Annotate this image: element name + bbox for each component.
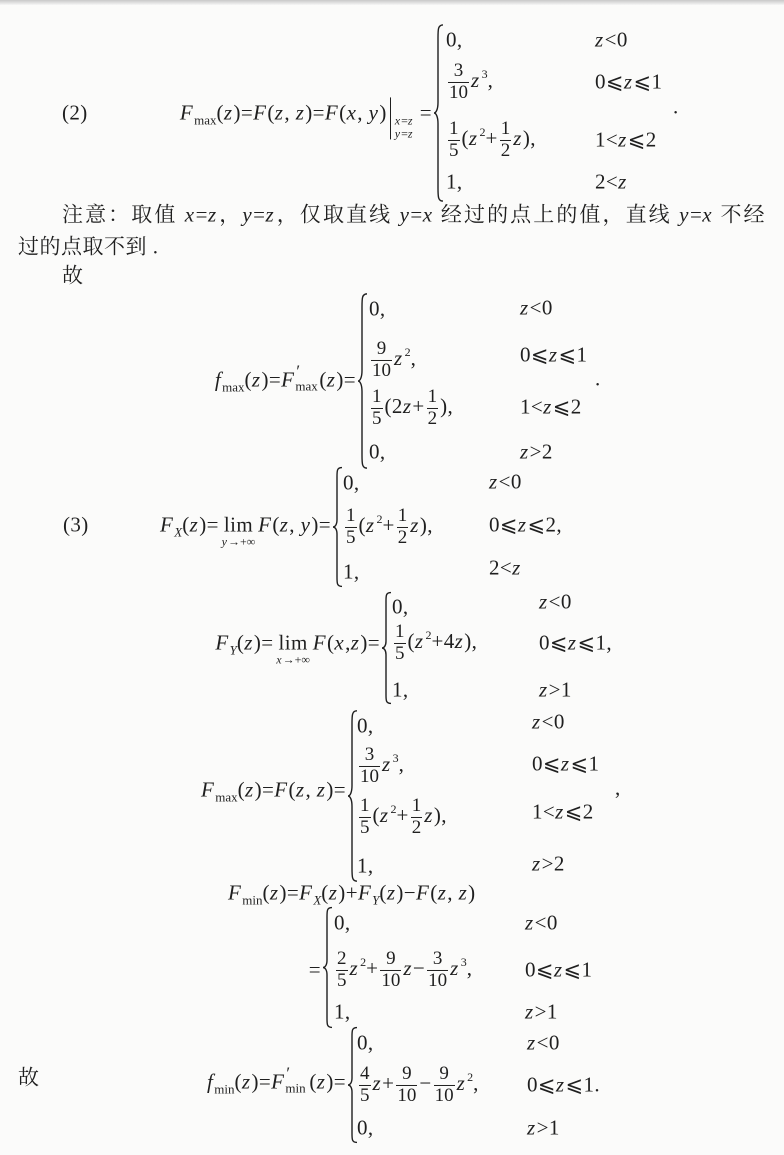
subscript: X (313, 892, 321, 907)
equation-text: F(z, y)= (258, 512, 331, 536)
denominator: 5 (345, 527, 357, 549)
denominator: 5 (336, 970, 348, 992)
equation-text: (z)=F (244, 367, 295, 391)
exponent: 2 (390, 802, 396, 816)
punctuation: , (488, 68, 494, 92)
function-symbol: F (201, 777, 215, 801)
fraction: 910 (434, 1064, 455, 1106)
therefore-label: 故 (18, 1065, 40, 1090)
operator: + (396, 803, 408, 827)
exponent: 2 (425, 628, 431, 642)
case-expression: 15(z2+4z), (392, 622, 477, 664)
math-variable: z (408, 126, 414, 140)
note-line-1: 注意：取值 x=z，y=z，仅取直线 y=x 经过的点上的值，直线 y=x 不经 (62, 202, 765, 227)
math-variable: y (222, 535, 228, 549)
case-condition: 1<z⩽2 (595, 127, 657, 152)
case-expression: 1, (446, 169, 463, 194)
exponent: 3 (482, 67, 488, 81)
equation-lhs: fmax(z)=F′max(z)= (215, 367, 356, 392)
math-variable: z (618, 127, 628, 151)
left-brace-icon (433, 24, 445, 202)
case-condition: z<0 (525, 910, 558, 935)
math-variable: z (366, 513, 376, 537)
case-expression: 0, (357, 1030, 374, 1055)
exponent: 2 (479, 125, 485, 139)
math-variable: z (512, 555, 522, 579)
fraction: 15 (448, 119, 460, 161)
case-condition: 2<z (595, 169, 628, 194)
math-variable: F (160, 512, 174, 536)
equation-text: (z)= (319, 367, 356, 391)
equation-text: (z)=F(z, z)= (238, 777, 346, 801)
math-variable: z (532, 851, 542, 875)
limit-operator: limx→+∞ (279, 630, 308, 655)
math-variable: z (403, 394, 413, 418)
equation-text: (z)=F (262, 880, 313, 904)
case-expression: 0, (334, 910, 351, 935)
expression-text: z), (424, 803, 447, 827)
math-variable: F (313, 630, 327, 654)
case-condition: z<0 (489, 469, 522, 494)
math-variable: z (469, 126, 479, 150)
denominator: 10 (396, 1085, 417, 1107)
numerator: 9 (385, 949, 397, 970)
math-variable: z (317, 777, 327, 801)
math-variable: z (415, 629, 425, 653)
math-variable: z (380, 803, 390, 827)
math-variable: y (679, 202, 690, 226)
numerator: 4 (359, 1064, 371, 1085)
expression-text: (z (359, 513, 376, 537)
case-expression: 0, (343, 470, 360, 495)
math-variable: x (347, 100, 358, 124)
fraction: 12 (427, 387, 439, 429)
note-math: y=z (242, 202, 275, 226)
case-condition: 0⩽z⩽1 (532, 751, 599, 776)
case-condition: z>1 (525, 999, 558, 1024)
case-condition: z>2 (520, 439, 553, 464)
case-expression: 15(z2+12z), (357, 796, 447, 838)
math-variable: z (457, 1071, 467, 1095)
punctuation: , (399, 752, 405, 776)
numerator: 1 (500, 119, 512, 140)
textbook-page: (2) Fmax(z)=F(z, z)=F(x, y)x=zy=z= 0, 31… (0, 0, 784, 1155)
therefore-label: 故 (62, 263, 84, 288)
subscript: Y (372, 892, 379, 907)
fraction: 910 (396, 1064, 417, 1106)
numerator: 1 (359, 796, 371, 817)
end-punctuation: , (615, 775, 621, 800)
math-variable: z (539, 677, 549, 701)
math-variable: z (190, 512, 200, 536)
math-variable: z (296, 100, 306, 124)
denominator: 2 (397, 527, 409, 549)
note-text: ，仅取直线 (275, 202, 399, 226)
numerator: 2 (336, 949, 348, 970)
lim-text: lim (224, 512, 253, 536)
math-variable: F (325, 100, 339, 124)
subscript: min (242, 892, 262, 907)
math-variable: z (520, 295, 530, 319)
case-condition: z>1 (527, 1115, 560, 1140)
numerator: 1 (448, 119, 460, 140)
scan-top-edge (0, 0, 784, 5)
expression-text: (z (462, 126, 479, 150)
equals-sign: = (420, 100, 432, 124)
math-variable: F (258, 512, 272, 536)
math-variable: x (185, 202, 196, 226)
denominator: 5 (394, 643, 406, 665)
math-variable: z (595, 27, 605, 51)
exponent: 2 (405, 345, 411, 359)
denominator: 10 (427, 970, 448, 992)
denominator: 10 (434, 1085, 455, 1107)
math-variable: z (252, 367, 262, 391)
math-variable: z (450, 956, 460, 980)
exponent: 2 (360, 955, 366, 969)
math-variable: z (489, 469, 499, 493)
math-variable: z (624, 69, 634, 93)
math-variable: z (424, 803, 434, 827)
denominator: 10 (380, 970, 401, 992)
math-variable: z (408, 113, 414, 127)
numerator: 1 (371, 387, 383, 408)
math-variable: F (201, 777, 215, 801)
fraction: 45 (359, 1064, 371, 1106)
denominator: 2 (427, 408, 439, 430)
math-variable: F (180, 100, 194, 124)
math-variable: y (400, 202, 411, 226)
denominator: 10 (371, 360, 392, 382)
equation-lhs: FY(z)=limx→+∞F(x,z)= (215, 630, 380, 655)
case-expression: 310z3, (446, 61, 493, 103)
math-variable: z (280, 512, 290, 536)
expression-text: (2z+ (385, 394, 425, 418)
variable: z (382, 752, 392, 776)
expression-text: z− (403, 956, 425, 980)
fraction: 25 (336, 949, 348, 991)
note-text: 注意：取值 (62, 202, 185, 226)
case-condition: 0⩽z⩽1, (539, 630, 612, 655)
numerator: 1 (427, 387, 439, 408)
case-expression: 0, (369, 296, 386, 321)
variable: z (350, 956, 360, 980)
variable: z (394, 346, 404, 370)
case-condition: z<0 (595, 27, 628, 52)
prime-subscript: ′max (295, 368, 319, 387)
math-variable: x (395, 113, 401, 127)
case-condition: 0⩽z⩽2, (489, 512, 562, 537)
case-expression: 1, (357, 853, 374, 878)
math-variable: z (327, 367, 337, 391)
math-variable: z (518, 512, 528, 536)
math-variable: y (395, 126, 401, 140)
fraction: 15 (394, 622, 406, 664)
operator: − (419, 1071, 431, 1095)
fraction: 310 (427, 949, 448, 991)
math-variable: z (525, 910, 535, 934)
left-brace-icon (357, 293, 369, 469)
math-variable: F (253, 100, 267, 124)
fraction: 910 (371, 339, 392, 381)
math-variable: z (438, 880, 448, 904)
limit-underscript: x→+∞ (276, 653, 310, 667)
denominator: 5 (371, 408, 383, 430)
case-expression: 1, (334, 999, 351, 1024)
left-brace-icon (322, 907, 334, 1028)
math-variable: z (351, 630, 361, 654)
exponent: 2 (467, 1070, 473, 1084)
numerator: 9 (376, 339, 388, 360)
subscript: max (215, 789, 237, 804)
subscript: min (285, 1081, 305, 1097)
numerator: 3 (432, 949, 444, 970)
equation-text: (z)= (182, 512, 219, 536)
math-variable: z (561, 751, 571, 775)
case-expression: 1, (392, 677, 409, 702)
case-expression: 15(z2+12z), (446, 119, 536, 161)
case-expression: 25z2+910z−310z3, (334, 949, 472, 991)
math-variable: z (296, 777, 306, 801)
lim-text: lim (279, 630, 308, 654)
expression-text: ), (440, 394, 453, 418)
math-variable: F (358, 880, 372, 904)
math-variable: z (549, 342, 559, 366)
denominator: 10 (448, 82, 469, 104)
expression-text: z+ (373, 1071, 395, 1095)
subscript: min (214, 1081, 234, 1096)
subscript: X (174, 524, 182, 539)
case-expression: 1, (343, 559, 360, 584)
equation-lhs: FX(z)=limy→+∞F(z, y)= (160, 512, 331, 537)
numerator: 9 (438, 1064, 450, 1085)
numerator: 3 (364, 745, 376, 766)
eval-condition-y: y=z (395, 126, 414, 140)
numerator: 1 (397, 506, 409, 527)
math-variable: z (244, 630, 254, 654)
evaluation-bar: x=zy=z (390, 118, 420, 119)
math-variable: z (459, 880, 469, 904)
exponent: 2 (376, 512, 382, 526)
fraction: 910 (380, 949, 401, 991)
equation-lhs: fmin(z)=F′min(z)= (207, 1069, 346, 1094)
denominator: 2 (500, 140, 512, 162)
prime-subscript: ′min (285, 1070, 309, 1089)
math-variable: z (329, 880, 339, 904)
punctuation: , (473, 1071, 479, 1095)
equals-sign: = (309, 957, 321, 982)
note-math: y=x (400, 202, 434, 226)
equation-text: (z)= (237, 630, 274, 654)
math-variable: z (554, 957, 564, 981)
math-variable: z (394, 346, 404, 370)
exponent: 3 (393, 751, 399, 765)
math-variable: z (555, 799, 565, 823)
variable: z (457, 1071, 467, 1095)
math-variable: z (317, 1069, 327, 1093)
math-variable: y (301, 512, 312, 536)
case-condition: z>1 (539, 677, 572, 702)
case-expression: 15(z2+12z), (343, 506, 433, 548)
math-variable: z (618, 169, 628, 193)
math-variable: F (215, 630, 229, 654)
case-condition: 0⩽z⩽1 (525, 957, 592, 982)
case-condition: z<0 (539, 589, 572, 614)
case-condition: z<0 (527, 1030, 560, 1055)
expression-text: (z (373, 803, 390, 827)
fraction: 15 (359, 796, 371, 838)
case-expression: 0, (369, 439, 386, 464)
note-text: ， (218, 202, 243, 226)
case-condition: z>2 (532, 851, 565, 876)
math-variable: z (403, 956, 413, 980)
fraction: 310 (448, 61, 469, 103)
fraction: 15 (345, 506, 357, 548)
note-math: x=z (185, 202, 218, 226)
fraction: 12 (397, 506, 409, 548)
math-variable: z (382, 752, 392, 776)
part-label: (3) (63, 512, 89, 537)
fraction: 12 (411, 796, 423, 838)
math-variable: z (242, 1069, 252, 1093)
exponent: 3 (461, 955, 467, 969)
limit-operator: limy→+∞ (224, 512, 253, 537)
math-variable: F (299, 880, 313, 904)
case-condition: 0⩽z⩽1 (595, 69, 662, 94)
fraction: 310 (359, 745, 380, 787)
variable: z (450, 956, 460, 980)
math-variable: z (373, 1071, 383, 1095)
math-variable: z (208, 202, 218, 226)
math-variable: z (387, 880, 397, 904)
math-variable: x (276, 653, 282, 667)
note-text: 经过的点上的值，直线 (434, 202, 680, 226)
limit-underscript: y→+∞ (222, 535, 256, 549)
equation-lhs: Fmax(z)=F(z, z)= (201, 777, 346, 802)
math-variable: z (410, 513, 420, 537)
math-variable: F (274, 777, 288, 801)
function-symbol: F (180, 100, 194, 124)
function-symbol: F (228, 880, 242, 904)
math-variable: z (556, 1072, 566, 1096)
case-expression: 0, (446, 27, 463, 52)
math-variable: z (525, 999, 535, 1023)
math-variable: z (568, 630, 578, 654)
math-variable: z (275, 100, 285, 124)
punctuation: , (467, 956, 473, 980)
case-condition: z<0 (532, 709, 565, 734)
expression-text: (z (408, 629, 425, 653)
math-variable: z (513, 126, 523, 150)
numerator: 1 (345, 506, 357, 527)
case-expression: 0, (357, 713, 374, 738)
case-condition: 2<z (489, 555, 522, 580)
numerator: 3 (453, 61, 465, 82)
math-variable: y (369, 100, 380, 124)
equation-text: (z)=F (234, 1069, 285, 1093)
variable: z (471, 68, 481, 92)
numerator: 9 (401, 1064, 413, 1085)
case-expression: 0, (392, 594, 409, 619)
numerator: 1 (394, 622, 406, 643)
operator: + (485, 126, 497, 150)
math-variable: z (224, 100, 234, 124)
denominator: 10 (359, 766, 380, 788)
fmin-formula-header: Fmin(z)=FX(z)+FY(z)−F(z, z) (228, 880, 476, 905)
math-variable: F (228, 880, 242, 904)
end-punctuation: . (673, 94, 679, 119)
fraction: 15 (371, 387, 383, 429)
subscript: max (222, 379, 244, 394)
denominator: 5 (359, 1085, 371, 1107)
equation-text: (z)+F (321, 880, 372, 904)
numerator: 1 (411, 796, 423, 817)
math-variable: z (270, 880, 280, 904)
math-variable: z (532, 709, 542, 733)
punctuation: , (411, 346, 417, 370)
case-expression: 910z2, (369, 339, 416, 381)
case-condition: 1<z⩽2 (520, 394, 582, 419)
equation-text: (z)=F(z, z)=F(x, y) (217, 100, 387, 124)
math-variable: x (423, 202, 434, 226)
denominator: 5 (359, 817, 371, 839)
equation-text: F(x,z)= (313, 630, 380, 654)
denominator: 2 (411, 817, 423, 839)
math-variable: z (266, 202, 276, 226)
math-variable: x (702, 202, 713, 226)
subscript: max (295, 379, 317, 395)
math-variable: x (334, 630, 345, 654)
math-variable: z (350, 956, 360, 980)
expression-text: +4z), (431, 629, 477, 653)
math-variable: F (271, 1069, 285, 1093)
case-condition: 0⩽z⩽1. (527, 1072, 600, 1097)
math-variable: F (416, 880, 430, 904)
denominator: 5 (448, 140, 460, 162)
subscript: Y (230, 642, 237, 657)
case-expression: 45z+910−910z2, (357, 1064, 479, 1106)
math-variable: z (455, 629, 465, 653)
math-variable: y (242, 202, 253, 226)
part-label: (2) (62, 100, 88, 125)
expression-text: z), (410, 513, 433, 537)
math-variable: z (520, 439, 530, 463)
case-condition: 0⩽z⩽1 (520, 342, 587, 367)
operator: + (382, 513, 394, 537)
math-variable: z (471, 68, 481, 92)
math-variable: z (245, 777, 255, 801)
equation-text: (z)= (309, 1069, 346, 1093)
note-line-2: 过的点取不到 . (18, 234, 159, 259)
case-condition: z<0 (520, 295, 553, 320)
equation-lhs: Fmax(z)=F(z, z)=F(x, y)x=zy=z= (180, 100, 432, 125)
note-text: 不经 (713, 202, 765, 226)
function-symbol: F (160, 512, 174, 536)
math-variable: z (539, 589, 549, 613)
function-symbol: F (215, 630, 229, 654)
vertical-bar (390, 97, 391, 139)
math-variable: z (527, 1030, 537, 1054)
math-variable: F (281, 367, 295, 391)
note-math: y=x (679, 202, 713, 226)
case-expression: 0, (357, 1115, 374, 1140)
case-expression: 15(2z+12), (369, 387, 453, 429)
expression-text: z), (513, 126, 536, 150)
subscript: max (194, 112, 216, 127)
math-variable: z (543, 394, 553, 418)
end-punctuation: . (595, 366, 601, 391)
math-variable: z (527, 1115, 537, 1139)
